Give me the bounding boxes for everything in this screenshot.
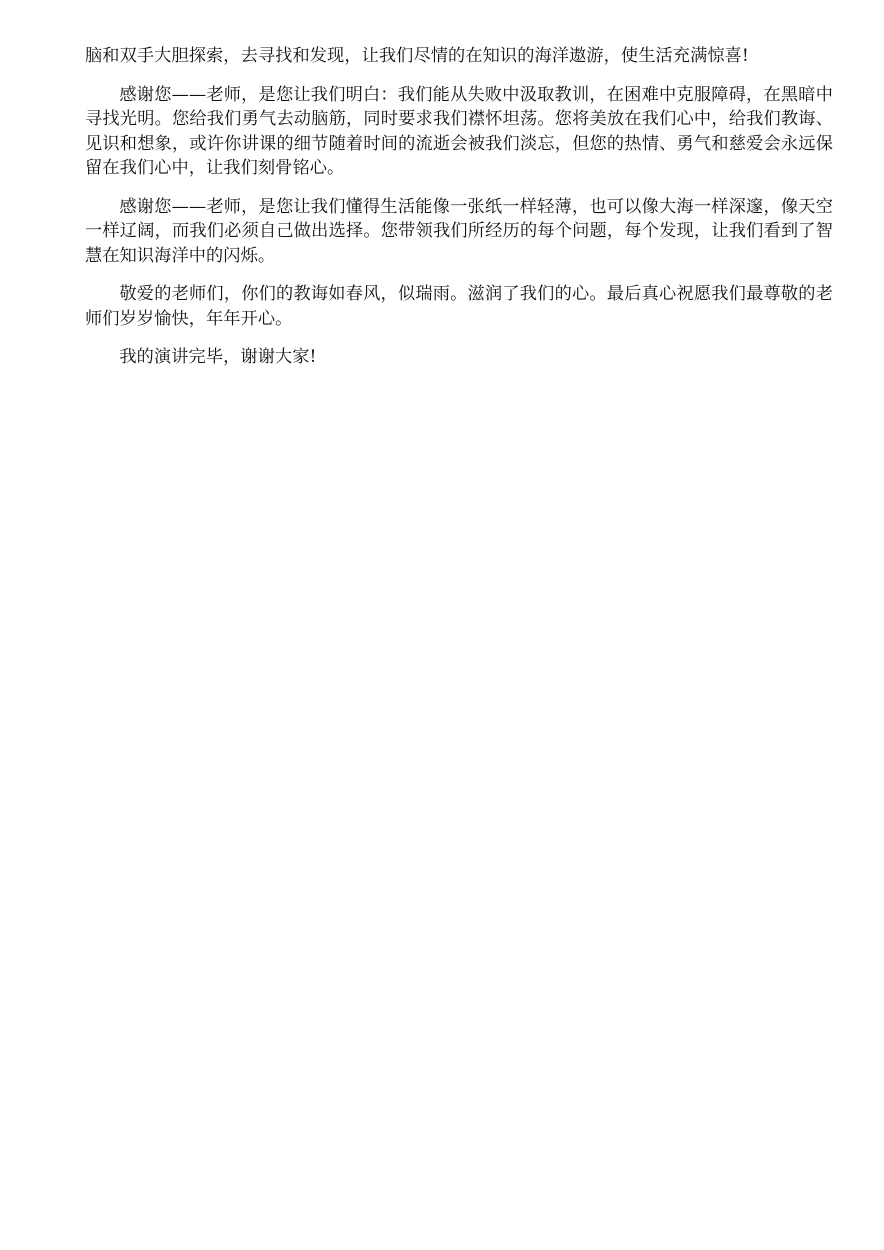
paragraph-thanks-life: 感谢您——老师，是您让我们懂得生活能像一张纸一样轻薄，也可以像大海一样深邃，像天… [85, 195, 833, 269]
paragraph-closing: 我的演讲完毕，谢谢大家! [85, 345, 833, 370]
paragraph-continuation: 脑和双手大胆探索，去寻找和发现，让我们尽情的在知识的海洋遨游，使生活充满惊喜! [85, 44, 833, 69]
paragraph-thanks-lessons: 感谢您——老师，是您让我们明白：我们能从失败中汲取教训，在困难中克服障碍，在黑暗… [85, 83, 833, 181]
document-page: 脑和双手大胆探索，去寻找和发现，让我们尽情的在知识的海洋遨游，使生活充满惊喜! … [85, 44, 833, 384]
paragraph-blessing: 敬爱的老师们，你们的教诲如春风，似瑞雨。滋润了我们的心。最后真心祝愿我们最尊敬的… [85, 282, 833, 331]
